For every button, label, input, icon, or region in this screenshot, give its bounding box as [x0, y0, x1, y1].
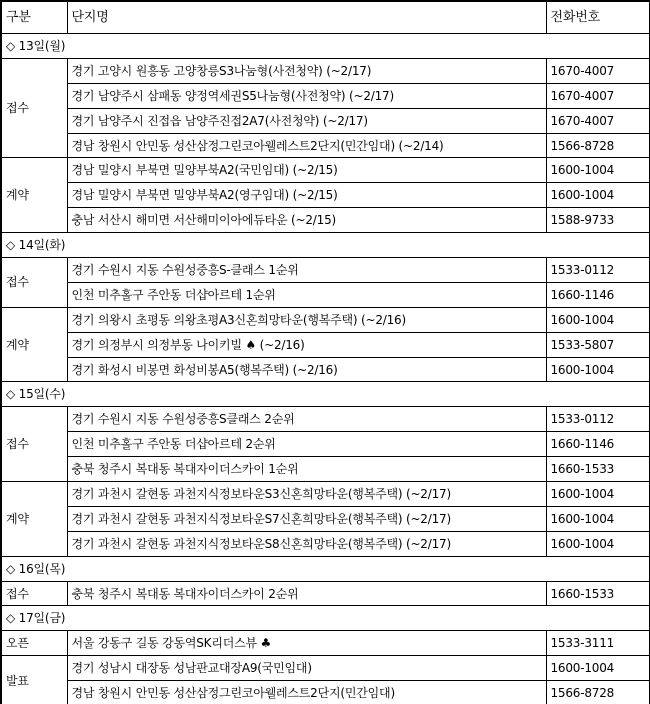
complex-name-cell: 경기 수원시 지동 수원성중흥S클래스 2순위 — [67, 407, 546, 432]
category-cell: 계약 — [1, 307, 67, 382]
phone-cell: 1660-1146 — [546, 432, 650, 457]
phone-cell: 1670-4007 — [546, 108, 650, 133]
complex-name-cell: 충북 청주시 복대동 복대자이더스카이 1순위 — [67, 457, 546, 482]
complex-name-cell: 경남 밀양시 부북면 밀양부북A2(영구임대) (~2/15) — [67, 183, 546, 208]
phone-cell: 1533-0112 — [546, 258, 650, 283]
table-row: 오픈서울 강동구 길동 강동역SK리더스뷰 ♣1533-3111 — [1, 631, 650, 656]
phone-cell: 1600-1004 — [546, 307, 650, 332]
phone-cell: 1600-1004 — [546, 158, 650, 183]
table-row: 계약경기 의왕시 초평동 의왕초평A3신혼희망타운(행복주택) (~2/16)1… — [1, 307, 650, 332]
day-label: ◇ 16일(목) — [1, 556, 650, 581]
phone-cell: 1600-1004 — [546, 357, 650, 382]
table-row: 인천 미추홀구 주안동 더샵아르테 2순위1660-1146 — [1, 432, 650, 457]
table-row: 경기 과천시 갈현동 과천지식정보타운S7신혼희망타운(행복주택) (~2/17… — [1, 506, 650, 531]
complex-name-cell: 인천 미추홀구 주안동 더샵아르테 1순위 — [67, 282, 546, 307]
complex-name-cell: 경기 남양주시 삼패동 양정역세권S5나눔형(사전청약) (~2/17) — [67, 83, 546, 108]
category-cell: 접수 — [1, 58, 67, 158]
category-cell: 오픈 — [1, 631, 67, 656]
phone-cell: 1600-1004 — [546, 506, 650, 531]
complex-name-cell: 충남 서산시 해미면 서산해미이아에듀타운 (~2/15) — [67, 208, 546, 233]
table-row: 경남 창원시 안민동 성산삼정그린코아웰레스트2단지(민간임대) (~2/14)… — [1, 133, 650, 158]
phone-cell: 1600-1004 — [546, 531, 650, 556]
phone-cell: 1600-1004 — [546, 482, 650, 507]
phone-cell: 1533-3111 — [546, 631, 650, 656]
complex-name-cell: 경기 성남시 대장동 성남판교대장A9(국민임대) — [67, 656, 546, 681]
table-row: 접수충북 청주시 복대동 복대자이더스카이 2순위1660-1533 — [1, 581, 650, 606]
complex-name-cell: 충북 청주시 복대동 복대자이더스카이 2순위 — [67, 581, 546, 606]
table-row: 경기 남양주시 진접읍 남양주진접2A7(사전청약) (~2/17)1670-4… — [1, 108, 650, 133]
phone-cell: 1660-1533 — [546, 457, 650, 482]
day-row: ◇ 13일(월) — [1, 34, 650, 59]
phone-cell: 1533-5807 — [546, 332, 650, 357]
complex-name-cell: 경기 과천시 갈현동 과천지식정보타운S8신혼희망타운(행복주택) (~2/17… — [67, 531, 546, 556]
complex-name-cell: 경기 화성시 비봉면 화성비봉A5(행복주택) (~2/16) — [67, 357, 546, 382]
table-body: ◇ 13일(월)접수경기 고양시 원흥동 고양창릉S3나눔형(사전청약) (~2… — [1, 34, 650, 704]
table-row: 경남 창원시 안민동 성산삼정그린코아웰레스트2단지(민간임대)1566-872… — [1, 681, 650, 704]
day-label: ◇ 13일(월) — [1, 34, 650, 59]
table-row: 경남 밀양시 부북면 밀양부북A2(영구임대) (~2/15)1600-1004 — [1, 183, 650, 208]
day-row: ◇ 14일(화) — [1, 233, 650, 258]
complex-name-cell: 경기 의왕시 초평동 의왕초평A3신혼희망타운(행복주택) (~2/16) — [67, 307, 546, 332]
header-phone: 전화번호 — [546, 1, 650, 34]
day-row: ◇ 16일(목) — [1, 556, 650, 581]
table-row: 계약경남 밀양시 부북면 밀양부북A2(국민임대) (~2/15)1600-10… — [1, 158, 650, 183]
table-row: 접수경기 수원시 지동 수원성중흥S클래스 2순위1533-0112 — [1, 407, 650, 432]
complex-name-cell: 경남 창원시 안민동 성산삼정그린코아웰레스트2단지(민간임대) — [67, 681, 546, 704]
category-cell: 접수 — [1, 407, 67, 482]
phone-cell: 1600-1004 — [546, 183, 650, 208]
category-cell: 계약 — [1, 158, 67, 233]
complex-name-cell: 서울 강동구 길동 강동역SK리더스뷰 ♣ — [67, 631, 546, 656]
header-complex-name: 단지명 — [67, 1, 546, 34]
phone-cell: 1660-1533 — [546, 581, 650, 606]
phone-cell: 1566-8728 — [546, 133, 650, 158]
day-row: ◇ 15일(수) — [1, 382, 650, 407]
complex-name-cell: 인천 미추홀구 주안동 더샵아르테 2순위 — [67, 432, 546, 457]
phone-cell: 1533-0112 — [546, 407, 650, 432]
complex-name-cell: 경기 과천시 갈현동 과천지식정보타운S7신혼희망타운(행복주택) (~2/17… — [67, 506, 546, 531]
table-row: 경기 남양주시 삼패동 양정역세권S5나눔형(사전청약) (~2/17)1670… — [1, 83, 650, 108]
table-row: 충남 서산시 해미면 서산해미이아에듀타운 (~2/15)1588-9733 — [1, 208, 650, 233]
complex-name-cell: 경기 남양주시 진접읍 남양주진접2A7(사전청약) (~2/17) — [67, 108, 546, 133]
complex-name-cell: 경기 고양시 원흥동 고양창릉S3나눔형(사전청약) (~2/17) — [67, 58, 546, 83]
category-cell: 계약 — [1, 482, 67, 557]
complex-name-cell: 경기 과천시 갈현동 과천지식정보타운S3신혼희망타운(행복주택) (~2/17… — [67, 482, 546, 507]
category-cell: 접수 — [1, 258, 67, 308]
day-row: ◇ 17일(금) — [1, 606, 650, 631]
table-row: 발표경기 성남시 대장동 성남판교대장A9(국민임대)1600-1004 — [1, 656, 650, 681]
table-row: 접수경기 수원시 지동 수원성중흥S-클래스 1순위1533-0112 — [1, 258, 650, 283]
phone-cell: 1600-1004 — [546, 656, 650, 681]
day-label: ◇ 15일(수) — [1, 382, 650, 407]
phone-cell: 1670-4007 — [546, 83, 650, 108]
complex-name-cell: 경남 밀양시 부북면 밀양부북A2(국민임대) (~2/15) — [67, 158, 546, 183]
subscription-schedule-table: 구분 단지명 전화번호 ◇ 13일(월)접수경기 고양시 원흥동 고양창릉S3나… — [0, 0, 650, 704]
complex-name-cell: 경기 의정부시 의정부동 나이키빌 ♠ (~2/16) — [67, 332, 546, 357]
table-row: 경기 의정부시 의정부동 나이키빌 ♠ (~2/16)1533-5807 — [1, 332, 650, 357]
phone-cell: 1660-1146 — [546, 282, 650, 307]
table-row: 접수경기 고양시 원흥동 고양창릉S3나눔형(사전청약) (~2/17)1670… — [1, 58, 650, 83]
table-row: 계약경기 과천시 갈현동 과천지식정보타운S3신혼희망타운(행복주택) (~2/… — [1, 482, 650, 507]
complex-name-cell: 경기 수원시 지동 수원성중흥S-클래스 1순위 — [67, 258, 546, 283]
table-row: 인천 미추홀구 주안동 더샵아르테 1순위1660-1146 — [1, 282, 650, 307]
day-label: ◇ 14일(화) — [1, 233, 650, 258]
table-row: 경기 화성시 비봉면 화성비봉A5(행복주택) (~2/16)1600-1004 — [1, 357, 650, 382]
category-cell: 접수 — [1, 581, 67, 606]
day-label: ◇ 17일(금) — [1, 606, 650, 631]
phone-cell: 1588-9733 — [546, 208, 650, 233]
phone-cell: 1566-8728 — [546, 681, 650, 704]
phone-cell: 1670-4007 — [546, 58, 650, 83]
table-row: 충북 청주시 복대동 복대자이더스카이 1순위1660-1533 — [1, 457, 650, 482]
table-header-row: 구분 단지명 전화번호 — [1, 1, 650, 34]
category-cell: 발표 — [1, 656, 67, 704]
complex-name-cell: 경남 창원시 안민동 성산삼정그린코아웰레스트2단지(민간임대) (~2/14) — [67, 133, 546, 158]
table-row: 경기 과천시 갈현동 과천지식정보타운S8신혼희망타운(행복주택) (~2/17… — [1, 531, 650, 556]
header-category: 구분 — [1, 1, 67, 34]
